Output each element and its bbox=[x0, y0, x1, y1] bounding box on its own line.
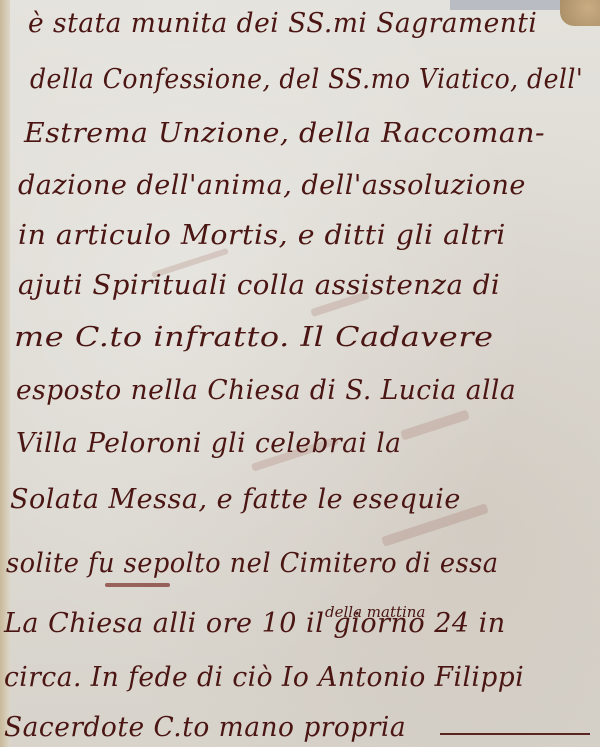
manuscript-line: Estrema Unzione, della Raccoman- bbox=[24, 118, 545, 149]
manuscript-line: La Chiesa alli ore 10 il giorno 24 in bbox=[4, 608, 506, 639]
manuscript-line: dazione dell'anima, dell'assoluzione bbox=[18, 170, 526, 201]
manuscript-line: Solata Messa, e fatte le esequie bbox=[10, 484, 461, 515]
manuscript-line: esposto nella Chiesa di S. Lucia alla bbox=[16, 375, 516, 406]
manuscript-line: della Confessione, del SS.mo Viatico, de… bbox=[30, 64, 583, 95]
torn-corner bbox=[560, 0, 600, 26]
signature-underline bbox=[440, 733, 590, 735]
ink-bleed-stain bbox=[400, 409, 470, 440]
manuscript-line: me C.to infratto. Il Cadavere bbox=[14, 322, 494, 353]
manuscript-line: è stata munita dei SS.mi Sagramenti bbox=[28, 8, 537, 39]
manuscript-line: Sacerdote C.to mano propria bbox=[4, 712, 406, 743]
manuscript-page: è stata munita dei SS.mi Sagramenti dell… bbox=[0, 0, 600, 747]
manuscript-line: ajuti Spirituali colla assistenza di bbox=[18, 270, 500, 301]
manuscript-line: solite fu sepolto nel Cimitero di essa bbox=[6, 548, 499, 579]
ink-smear bbox=[105, 583, 170, 587]
manuscript-line: circa. In fede di ciò Io Antonio Filippi bbox=[4, 662, 524, 693]
manuscript-line: Villa Peloroni gli celebrai la bbox=[16, 428, 401, 459]
manuscript-line: in articulo Mortis, e ditti gli altri bbox=[18, 220, 506, 251]
